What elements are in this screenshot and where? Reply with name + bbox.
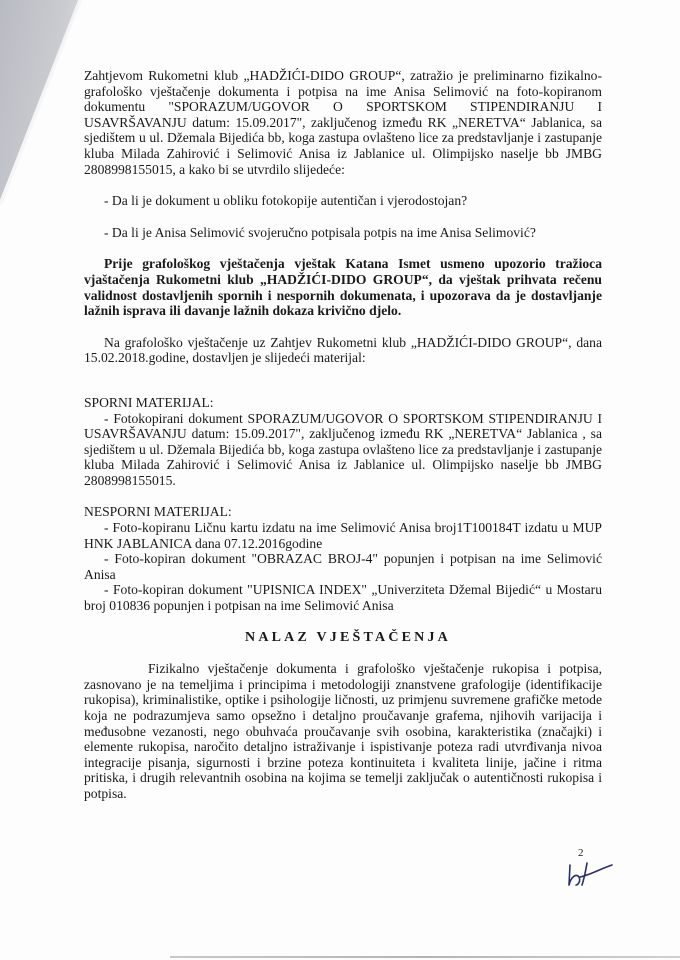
scan-bottom-edge	[170, 956, 680, 958]
warning-paragraph: Prije grafološkog vještačenja vještak Ka…	[84, 256, 602, 318]
document-page: Zahtjevom Rukometni klub „HADŽIĆI-DIDO G…	[84, 68, 602, 802]
undisputed-item-3: - Foto-kopiran dokument "UPISNICA INDEX"…	[84, 582, 602, 613]
undisputed-item-1: - Foto-kopiranu Ličnu kartu izdatu na im…	[84, 520, 602, 551]
undisputed-title: NESPORNI MATERIJAL:	[84, 504, 602, 520]
signature-initials-icon	[566, 855, 626, 895]
question-2: - Da li je Anisa Selimović svojeručno po…	[84, 225, 602, 241]
disputed-item: - Fotokopirani dokument SPORAZUM/UGOVOR …	[84, 411, 602, 489]
findings-body: Fizikalno vještačenje dokumenta i grafol…	[84, 661, 602, 801]
findings-heading: NALAZ VJEŠTAČENJA	[84, 630, 602, 646]
question-1: - Da li je dokument u obliku fotokopije …	[84, 193, 602, 209]
intro-paragraph: Zahtjevom Rukometni klub „HADŽIĆI-DIDO G…	[84, 68, 602, 177]
signature-area: 2	[566, 847, 626, 897]
delivery-paragraph: Na grafološko vještačenje uz Zahtjev Ruk…	[84, 335, 602, 366]
disputed-title: SPORNI MATERIJAL:	[84, 395, 602, 411]
undisputed-item-2: - Foto-kopiran dokument "OBRAZAC BROJ-4"…	[84, 551, 602, 582]
